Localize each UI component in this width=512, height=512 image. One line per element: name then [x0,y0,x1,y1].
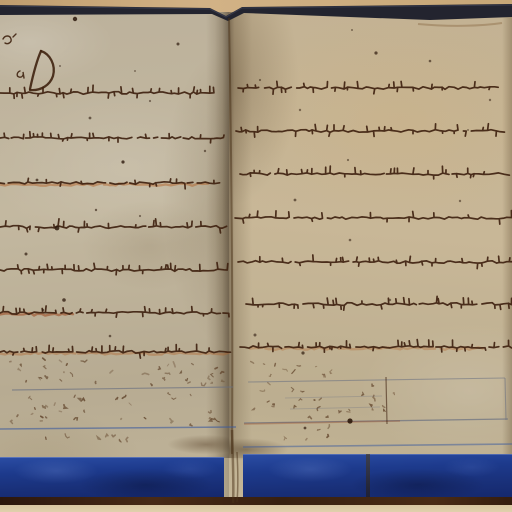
right-parchment-page [229,12,512,498]
manuscript-photo [0,0,512,512]
left-parchment-page [0,12,229,498]
table-surface-strip [0,505,512,512]
blue-binding-cloth-right [243,454,512,498]
blue-binding-cloth-left [0,457,224,497]
cover-edge-strip [0,497,512,505]
page-gutter-shadow [206,12,252,458]
binding-cloth-seam [366,454,370,498]
